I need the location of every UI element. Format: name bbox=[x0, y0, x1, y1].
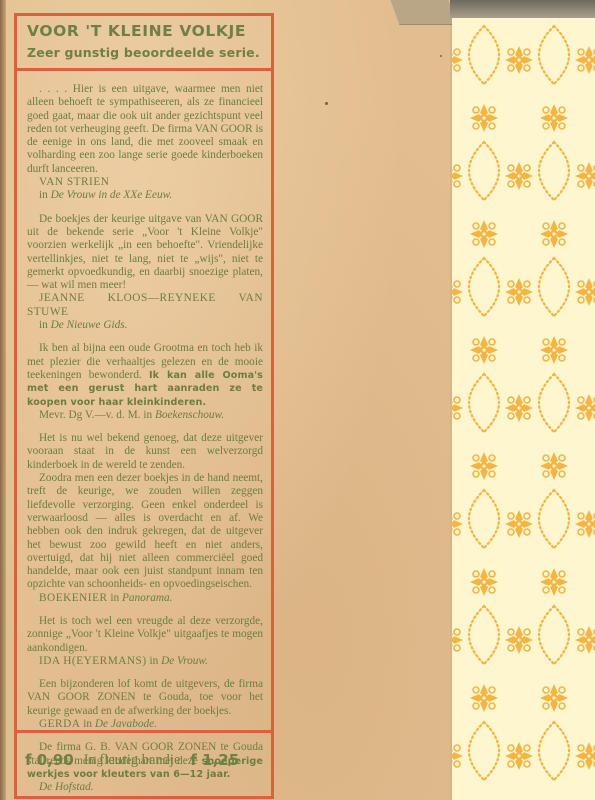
review-text: De boekjes der keurige uitgave van VAN G… bbox=[27, 213, 263, 293]
review-author: VAN STRIEN bbox=[27, 176, 263, 189]
review-text-continued: Zoodra men een dezer boekjes in de hand … bbox=[27, 472, 263, 592]
review-source: in De Vrouw in de XXe Eeuw. bbox=[27, 189, 263, 202]
review-author: JEANNE KLOOS—REYNEKE VAN STUWE bbox=[27, 292, 263, 319]
review-text: Het is nu wel bekend genoeg, dat deze ui… bbox=[27, 432, 263, 472]
review-text: Een bijzonderen lof komt de uitgevers, d… bbox=[27, 678, 263, 718]
price-paper: f 0,90 bbox=[25, 751, 74, 769]
review-signature: GERDA in De Javabode. bbox=[27, 718, 263, 731]
series-title: VOOR 'T KLEINE VOLKJE bbox=[27, 22, 263, 40]
review-signature: Mevr. Dg V.—v. d. M. in Boekenschouw. bbox=[27, 409, 263, 422]
review-quote: Het is nu wel bekend genoeg, dat deze ui… bbox=[27, 432, 263, 605]
review-signature: IDA H(EYERMANS) in De Vrouw. bbox=[27, 655, 263, 668]
review-text: Ik ben al bijna een oude Grootma en toch… bbox=[27, 342, 263, 408]
series-header: VOOR 'T KLEINE VOLKJE Zeer gunstig beoor… bbox=[17, 16, 271, 71]
reviews-section: . . . . Hier is een uitgave, waarmee men… bbox=[17, 71, 271, 733]
series-subtitle: Zeer gunstig beoordeelde serie. bbox=[27, 45, 263, 60]
review-quote: Een bijzonderen lof komt de uitgevers, d… bbox=[27, 678, 263, 731]
price-label-bound: In fleurig bandje bbox=[84, 752, 181, 769]
review-quote: De boekjes der keurige uitgave van VAN G… bbox=[27, 213, 263, 333]
floral-pattern-icon bbox=[452, 18, 595, 800]
review-signature: BOEKENIER in Panorama. bbox=[27, 592, 263, 605]
price-bound: f 1,25 bbox=[190, 751, 239, 769]
review-text: . . . . Hier is een uitgave, waarmee men… bbox=[27, 83, 263, 176]
paper-speck bbox=[440, 55, 442, 57]
background-strip bbox=[450, 0, 595, 18]
book-back-cover: VOOR 'T KLEINE VOLKJE Zeer gunstig beoor… bbox=[0, 0, 450, 800]
advertisement-box: VOOR 'T KLEINE VOLKJE Zeer gunstig beoor… bbox=[14, 13, 274, 799]
floral-endpaper bbox=[452, 18, 595, 800]
paper-flap bbox=[390, 0, 457, 25]
paper-speck bbox=[325, 102, 328, 105]
review-source: in De Nieuwe Gids. bbox=[27, 319, 263, 332]
review-quote: Ik ben al bijna een oude Grootma en toch… bbox=[27, 342, 263, 422]
review-quote: . . . . Hier is een uitgave, waarmee men… bbox=[27, 83, 263, 203]
review-text: Het is toch wel een vreugde al deze verz… bbox=[27, 615, 263, 655]
cover-spine-edge bbox=[0, 0, 6, 800]
review-quote: Het is toch wel een vreugde al deze verz… bbox=[27, 615, 263, 668]
